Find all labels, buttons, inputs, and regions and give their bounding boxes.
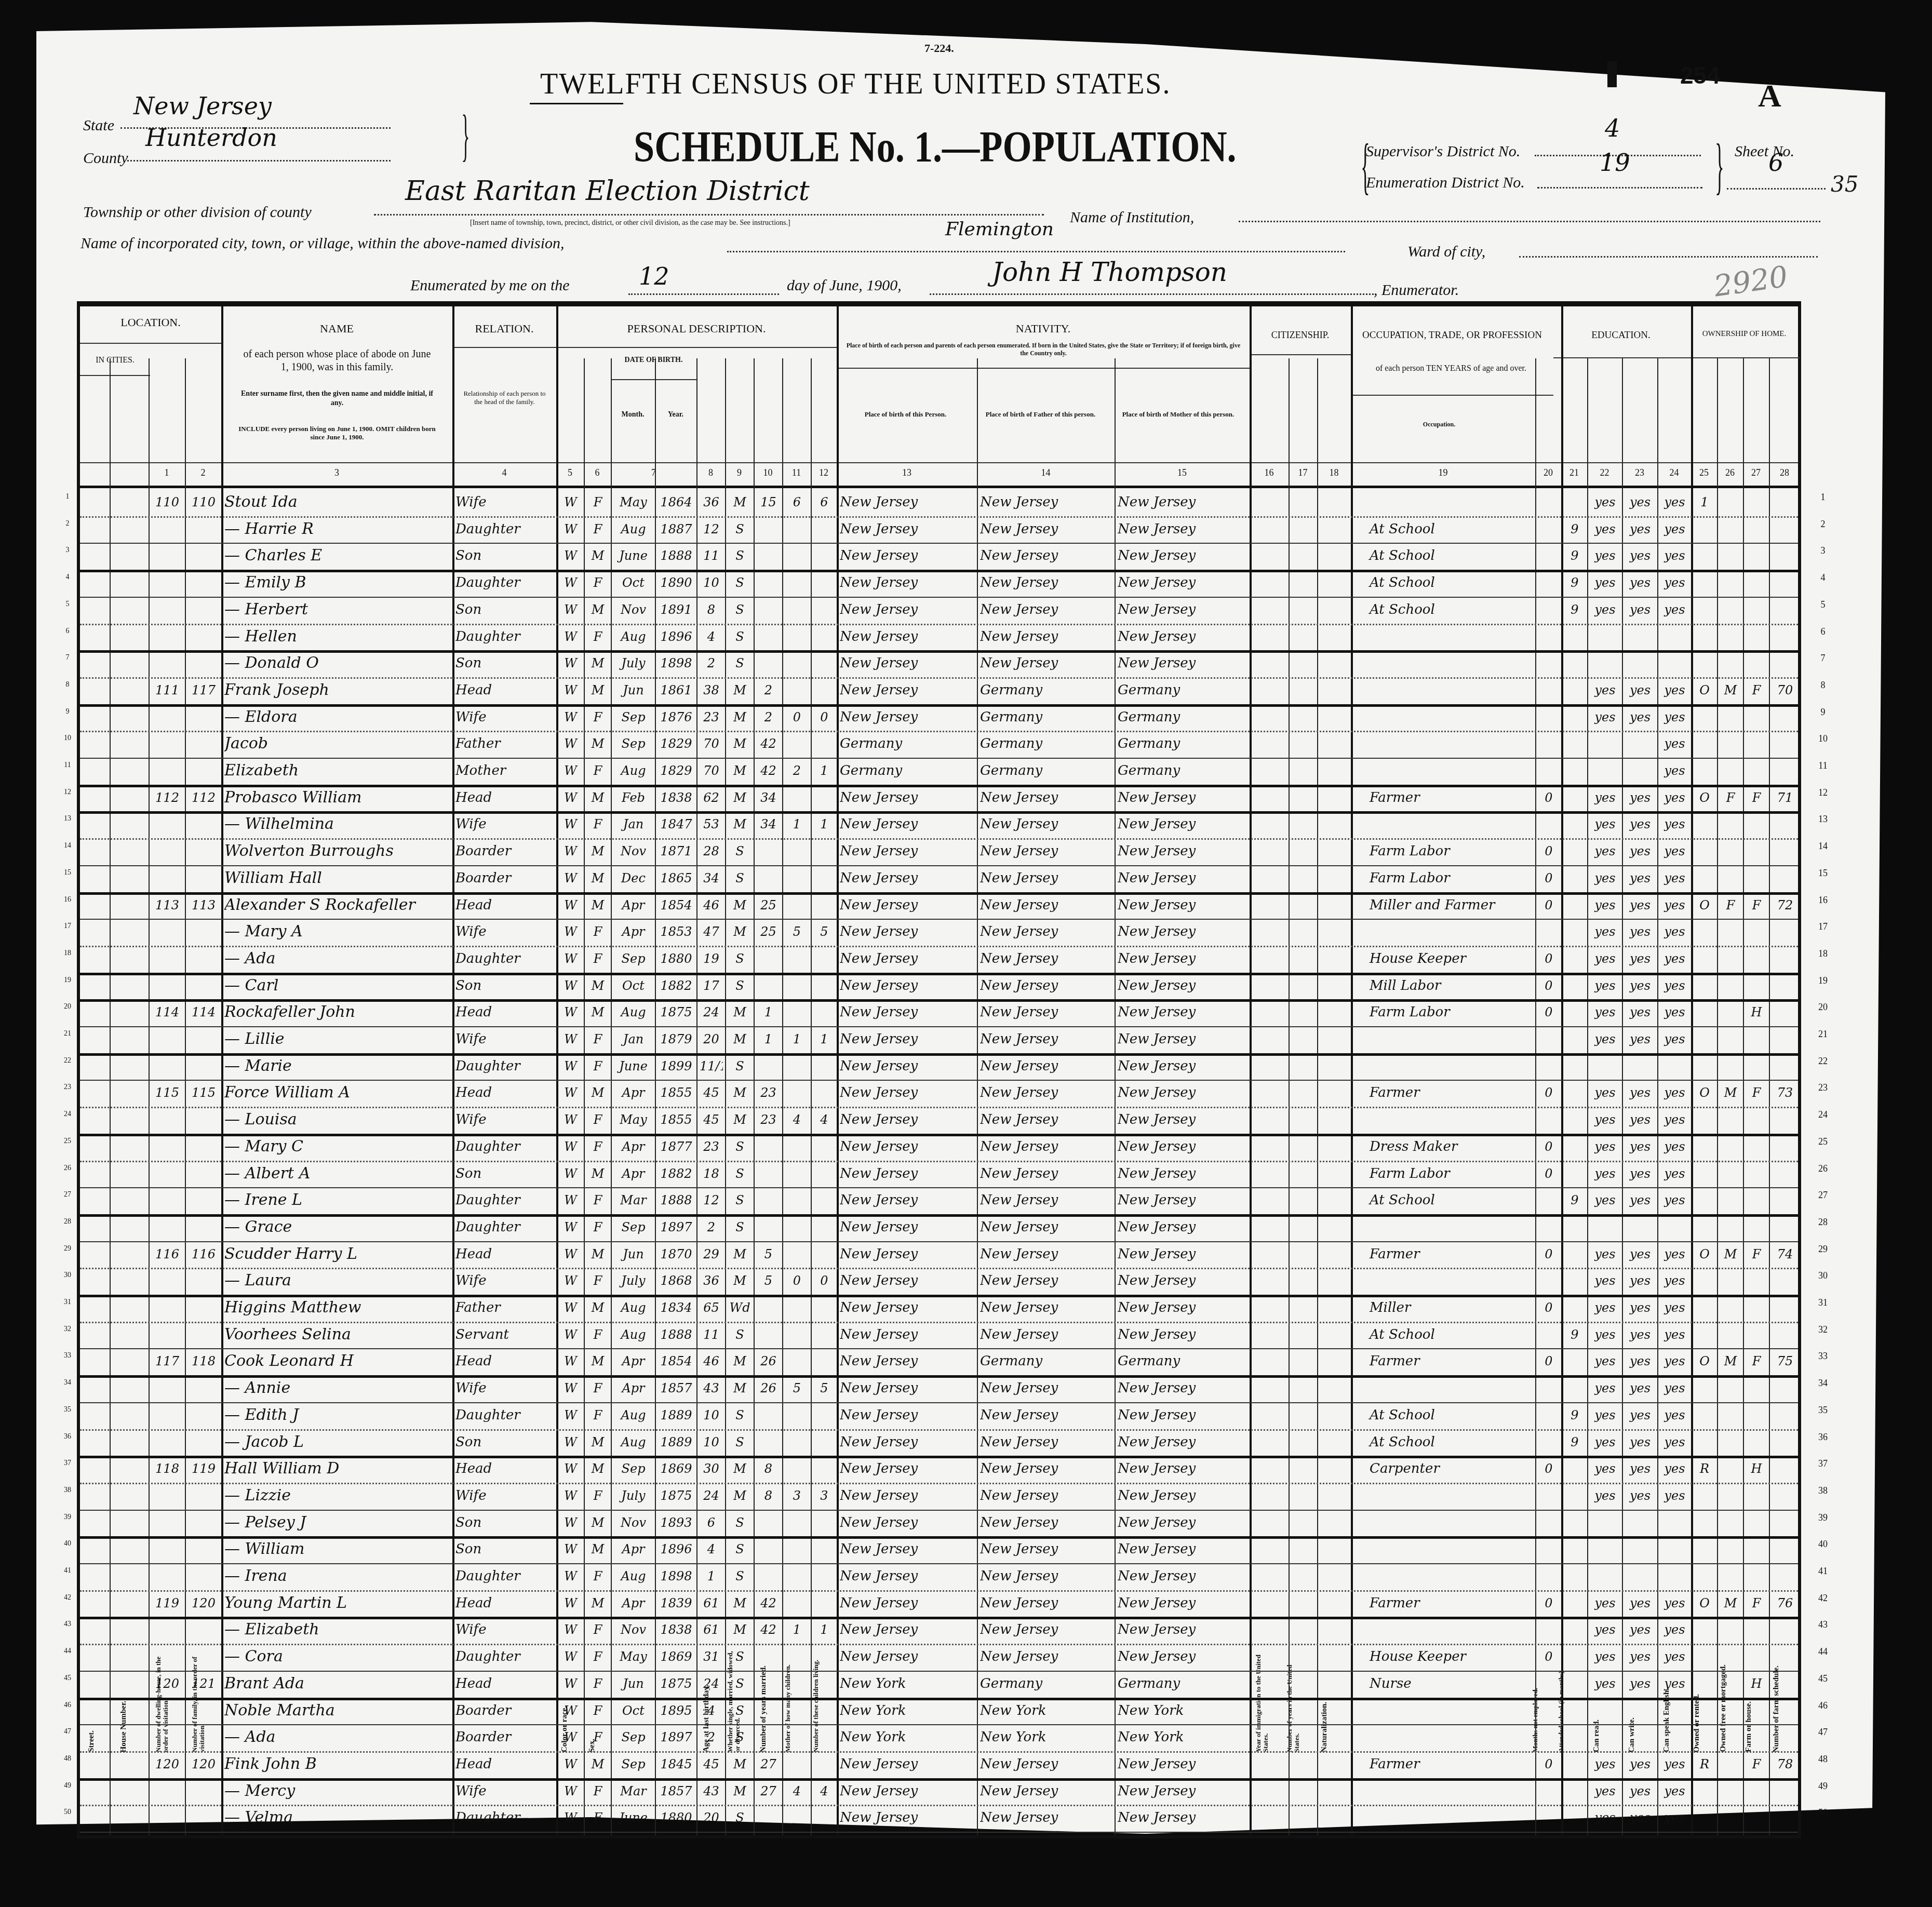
- cell-name: — Ada: [224, 946, 450, 972]
- name-header: NAME: [221, 322, 452, 335]
- cell-occ: Miller and Farmer: [1354, 892, 1549, 918]
- cell-bm: New Jersey: [1118, 1080, 1247, 1106]
- cell-liv: [814, 1805, 835, 1831]
- cell-mo: 5: [785, 1375, 809, 1401]
- cell-occ: Carpenter: [1354, 1456, 1549, 1482]
- cell-year: 1876: [658, 704, 694, 730]
- table-row[interactable]: ElizabethMotherWFAug182970M4221GermanyGe…: [80, 758, 1800, 785]
- table-row[interactable]: 113113Alexander S RockafellerHeadWMApr18…: [80, 892, 1800, 919]
- cell-bf: New Jersey: [980, 1322, 1112, 1348]
- cell-mar: M: [728, 999, 752, 1025]
- cell-bp: New Jersey: [840, 865, 975, 891]
- cell-mne: [1538, 1778, 1559, 1804]
- county-value: Hunterdon: [145, 124, 277, 152]
- ward-field[interactable]: [1519, 235, 1818, 258]
- row-divider: [80, 1832, 1798, 1833]
- cell-farm: [1746, 838, 1767, 864]
- table-row[interactable]: 115115Force William AHeadWMApr185545M23N…: [80, 1080, 1800, 1107]
- table-row[interactable]: — AnnieWifeWFApr185743M2655New JerseyNew…: [80, 1375, 1800, 1402]
- cell-year: 1879: [658, 1026, 694, 1052]
- cell-sex: M: [587, 597, 609, 623]
- cell-occ: [1354, 1214, 1549, 1240]
- cell-name: — Donald O: [224, 650, 450, 676]
- cell-own: [1694, 704, 1715, 730]
- cell-att: [1564, 650, 1585, 676]
- cell-fam: [188, 1778, 219, 1804]
- table-row[interactable]: — ElizabethWifeWFNov183861M4211New Jerse…: [80, 1617, 1800, 1644]
- table-row[interactable]: 120121Brant AdaHeadWFJun187524SNew YorkG…: [80, 1671, 1800, 1698]
- table-row[interactable]: — LizzieWifeWFJuly187524M833New JerseyNe…: [80, 1483, 1800, 1510]
- cell-farm: [1746, 516, 1767, 542]
- cell-mar: S: [728, 543, 752, 569]
- table-row[interactable]: 116116Scudder Harry LHeadWMJun187029M5Ne…: [80, 1241, 1800, 1268]
- cell-mar: S: [728, 570, 752, 596]
- enumeration-district-label: Enumeration District No.: [1366, 174, 1525, 192]
- cell-occ: Farmer: [1354, 1590, 1549, 1616]
- city-field[interactable]: Flemington: [727, 230, 1345, 252]
- cell-liv: [814, 865, 835, 891]
- cell-sch: [1772, 1295, 1798, 1321]
- cell-bf: New York: [980, 1698, 1112, 1724]
- row-number: 31: [57, 1290, 78, 1315]
- cell-farm: [1746, 919, 1767, 945]
- cell-ym: [757, 597, 780, 623]
- birth-person-header: Place of birth of this Person.: [842, 410, 969, 419]
- cell-own: [1694, 731, 1715, 757]
- table-row[interactable]: — AdaBoarderWFSep18972SNew YorkNew YorkN…: [80, 1724, 1800, 1751]
- year-header: Year.: [655, 410, 696, 420]
- header-bottom-rule: [80, 462, 1798, 463]
- table-row[interactable]: 111117Frank JosephHeadWMJun186138M2New J…: [80, 677, 1800, 704]
- table-row[interactable]: — Irene LDaughterWFMar188812SNew JerseyN…: [80, 1187, 1800, 1214]
- cell-mo: [785, 1348, 809, 1374]
- cell-color: W: [559, 570, 582, 596]
- cell-fam: [188, 704, 219, 730]
- cell-rel: Son: [455, 543, 554, 569]
- column-number: 18: [1317, 467, 1351, 478]
- table-row[interactable]: — Jacob LSonWMAug188910SNew JerseyNew Je…: [80, 1429, 1800, 1456]
- cell-mar: S: [728, 597, 752, 623]
- cell-month: Nov: [614, 1510, 653, 1536]
- cell-color: W: [559, 1322, 582, 1348]
- table-row[interactable]: 117118Cook Leonard HHeadWMApr185446M26Ne…: [80, 1348, 1800, 1375]
- table-row[interactable]: 120120Fink John BHeadWMSep184545M27New J…: [80, 1751, 1800, 1778]
- cell-year: 1855: [658, 1080, 694, 1106]
- cell-liv: [814, 838, 835, 864]
- cell-occ: [1354, 1268, 1549, 1294]
- cell-bf: New Jersey: [980, 516, 1112, 542]
- enumeration-district-field[interactable]: 19: [1537, 166, 1702, 189]
- cell-fam: 115: [188, 1080, 219, 1106]
- cell-en: yes: [1660, 1161, 1689, 1187]
- table-row[interactable]: — LouisaWifeWFMay185545M2344New JerseyNe…: [80, 1107, 1800, 1134]
- cell-wr: yes: [1625, 1805, 1655, 1831]
- cell-mar: S: [728, 865, 752, 891]
- table-row[interactable]: — Charles ESonWMJune188811SNew JerseyNew…: [80, 543, 1800, 570]
- cell-sex: F: [587, 1134, 609, 1160]
- cell-att: [1564, 1805, 1585, 1831]
- table-row[interactable]: — VelmaDaughterWFJune188020SNew JerseyNe…: [80, 1805, 1800, 1832]
- cell-year: 1888: [658, 543, 694, 569]
- cell-farm: [1746, 1563, 1767, 1589]
- cell-farm: [1746, 1483, 1767, 1509]
- enumerator-field[interactable]: John H Thompson: [930, 273, 1374, 295]
- cell-free: [1720, 543, 1741, 569]
- cell-month: Jun: [614, 1241, 653, 1267]
- table-row[interactable]: Wolverton BurroughsBoarderWMNov187128SNe…: [80, 838, 1800, 865]
- cell-sex: F: [587, 704, 609, 730]
- cell-bp: New Jersey: [840, 650, 975, 676]
- cell-en: yes: [1660, 1644, 1689, 1670]
- cell-sex: F: [587, 811, 609, 837]
- cell-year: 1875: [658, 1483, 694, 1509]
- cell-sex: M: [587, 838, 609, 864]
- cell-mne: [1538, 1429, 1559, 1455]
- row-number: 38: [1813, 1478, 1833, 1503]
- township-field[interactable]: East Raritan Election District: [374, 193, 1044, 216]
- cell-color: W: [559, 1429, 582, 1455]
- column-number: 17: [1289, 467, 1317, 478]
- table-row[interactable]: Higgins MatthewFatherWMAug183465WdNew Je…: [80, 1295, 1800, 1322]
- cell-wr: yes: [1625, 946, 1655, 972]
- cell-month: Oct: [614, 973, 653, 999]
- cell-age: 28: [700, 838, 723, 864]
- cell-name: — Albert A: [224, 1161, 450, 1187]
- cell-bm: New Jersey: [1118, 946, 1247, 972]
- enumerated-label: Enumerated by me on the: [410, 277, 570, 294]
- table-row[interactable]: — Mary CDaughterWFApr187723SNew JerseyNe…: [80, 1134, 1800, 1161]
- cell-occ: [1354, 1563, 1549, 1589]
- cell-wr: yes: [1625, 489, 1655, 515]
- cell-wr: yes: [1625, 892, 1655, 918]
- cell-bf: New Jersey: [980, 1214, 1112, 1240]
- cell-mar: M: [728, 892, 752, 918]
- day-value: 12: [639, 262, 669, 290]
- cell-month: Jun: [614, 1671, 653, 1697]
- cell-age: 12: [700, 1187, 723, 1213]
- cell-wr: yes: [1625, 1402, 1655, 1428]
- name-description: of each person whose place of abode on J…: [241, 348, 433, 374]
- cell-dw: 117: [152, 1348, 183, 1374]
- cell-en: yes: [1660, 758, 1689, 784]
- cell-rd: yes: [1590, 570, 1620, 596]
- cell-bm: New Jersey: [1118, 1483, 1247, 1509]
- table-row[interactable]: 118119Hall William DHeadWMSep186930M8New…: [80, 1456, 1800, 1483]
- column-number: 2: [185, 467, 221, 478]
- cell-liv: [814, 892, 835, 918]
- cell-farm: [1746, 1778, 1767, 1804]
- row-number: 1: [1813, 484, 1833, 510]
- cell-fam: [188, 1805, 219, 1831]
- table-row[interactable]: — Albert ASonWMApr188218SNew JerseyNew J…: [80, 1161, 1800, 1188]
- cell-mar: M: [728, 1751, 752, 1777]
- row-number: 20: [57, 994, 78, 1020]
- cell-farm: H: [1746, 999, 1767, 1025]
- cell-mo: [785, 1510, 809, 1536]
- cell-free: [1720, 1617, 1741, 1643]
- cell-fam: 114: [188, 999, 219, 1025]
- cell-bm: New Jersey: [1118, 1322, 1247, 1348]
- cell-occ: [1354, 1107, 1549, 1133]
- cell-rd: yes: [1590, 1107, 1620, 1133]
- cell-color: W: [559, 1483, 582, 1509]
- cell-sch: [1772, 1187, 1798, 1213]
- table-row[interactable]: — Mary AWifeWFApr185347M2555New JerseyNe…: [80, 919, 1800, 946]
- row-number: 22: [57, 1048, 78, 1074]
- cell-dw: [152, 946, 183, 972]
- cell-color: W: [559, 1161, 582, 1187]
- cell-month: Nov: [614, 1617, 653, 1643]
- cell-bp: New Jersey: [840, 1214, 975, 1240]
- cell-att: 9: [1564, 570, 1585, 596]
- cell-mne: [1538, 570, 1559, 596]
- table-row[interactable]: 119120Young Martin LHeadWMApr183961M42Ne…: [80, 1590, 1800, 1617]
- cell-liv: [814, 543, 835, 569]
- cell-liv: [814, 597, 835, 623]
- cell-rel: Father: [455, 731, 554, 757]
- cell-bf: New Jersey: [980, 785, 1112, 811]
- cell-mar: S: [728, 624, 752, 650]
- institution-field[interactable]: [1239, 200, 1820, 222]
- row-number: 39: [57, 1505, 78, 1530]
- cell-liv: 1: [814, 1026, 835, 1052]
- cell-age: 2: [700, 1214, 723, 1240]
- cell-fam: [188, 838, 219, 864]
- table-row[interactable]: — WilhelminaWifeWFJan184753M3411New Jers…: [80, 811, 1800, 838]
- cell-free: [1720, 489, 1741, 515]
- cell-own: [1694, 1724, 1715, 1750]
- cell-age: 4: [700, 1698, 723, 1724]
- cell-mar: M: [728, 1026, 752, 1052]
- row-number: 31: [1813, 1290, 1833, 1315]
- cell-free: [1720, 1724, 1741, 1750]
- cell-sex: F: [587, 1644, 609, 1670]
- cell-ym: 15: [757, 489, 780, 515]
- row-number: 40: [57, 1531, 78, 1557]
- cell-bf: New Jersey: [980, 1107, 1112, 1133]
- cell-sex: F: [587, 1671, 609, 1697]
- cell-bp: New Jersey: [840, 1348, 975, 1374]
- cell-year: 1896: [658, 624, 694, 650]
- cell-dw: [152, 1510, 183, 1536]
- cell-bm: New Jersey: [1118, 973, 1247, 999]
- cell-own: [1694, 1671, 1715, 1697]
- table-row[interactable]: — HerbertSonWMNov18918SNew JerseyNew Jer…: [80, 597, 1800, 624]
- cell-occ: Farm Labor: [1354, 1161, 1549, 1187]
- county-field[interactable]: Hunterdon: [127, 139, 391, 162]
- cell-farm: F: [1746, 1348, 1767, 1374]
- cell-color: W: [559, 543, 582, 569]
- cell-liv: [814, 1187, 835, 1213]
- cell-age: 11: [700, 1322, 723, 1348]
- cell-farm: F: [1746, 677, 1767, 703]
- cell-sch: [1772, 624, 1798, 650]
- cell-year: 1838: [658, 1617, 694, 1643]
- cell-farm: [1746, 543, 1767, 569]
- cell-sex: F: [587, 516, 609, 542]
- cell-own: [1694, 999, 1715, 1025]
- cell-mne: [1538, 1563, 1559, 1589]
- cell-year: 1870: [658, 1241, 694, 1267]
- cell-bm: New Jersey: [1118, 1107, 1247, 1133]
- cell-mo: [785, 892, 809, 918]
- cell-ym: [757, 1134, 780, 1160]
- cell-year: 1845: [658, 1751, 694, 1777]
- cell-farm: [1746, 570, 1767, 596]
- cell-dw: 114: [152, 999, 183, 1025]
- cell-mne: 0: [1538, 892, 1559, 918]
- cell-bf: New Jersey: [980, 1187, 1112, 1213]
- cell-rel: Head: [455, 1671, 554, 1697]
- nativity-header: NATIVITY.: [837, 322, 1250, 335]
- date-of-birth-header: DATE OF BIRTH.: [611, 356, 696, 365]
- cell-color: W: [559, 973, 582, 999]
- cell-color: W: [559, 999, 582, 1025]
- cell-year: 1891: [658, 597, 694, 623]
- table-row[interactable]: — HellenDaughterWFAug18964SNew JerseyNew…: [80, 624, 1800, 651]
- cell-occ: [1354, 704, 1549, 730]
- cell-dw: [152, 811, 183, 837]
- cell-bp: New Jersey: [840, 973, 975, 999]
- cell-free: [1720, 946, 1741, 972]
- table-row[interactable]: — CoraDaughterWFMay186931SNew JerseyNew …: [80, 1644, 1800, 1671]
- table-row[interactable]: — EldoraWifeWFSep187623M200New JerseyGer…: [80, 704, 1800, 731]
- cell-occ: At School: [1354, 597, 1549, 623]
- table-row[interactable]: — LauraWifeWFJuly186836M500New JerseyNew…: [80, 1268, 1800, 1295]
- cell-month: Aug: [614, 1295, 653, 1321]
- table-row[interactable]: 112112Probasco WilliamHeadWMFeb183862M34…: [80, 785, 1800, 812]
- cell-fam: [188, 1429, 219, 1455]
- cell-att: 9: [1564, 1429, 1585, 1455]
- cell-own: [1694, 1268, 1715, 1294]
- cell-en: yes: [1660, 570, 1689, 596]
- cell-farm: [1746, 1536, 1767, 1562]
- table-row[interactable]: — CarlSonWMOct188217SNew JerseyNew Jerse…: [80, 973, 1800, 1000]
- cell-liv: [814, 1080, 835, 1106]
- cell-bf: New Jersey: [980, 1536, 1112, 1562]
- cell-att: [1564, 1536, 1585, 1562]
- cell-mne: [1538, 811, 1559, 837]
- cell-age: 10: [700, 1429, 723, 1455]
- cell-color: W: [559, 1268, 582, 1294]
- table-row[interactable]: — MarieDaughterWFJune189911/12SNew Jerse…: [80, 1053, 1800, 1080]
- cell-dw: [152, 1778, 183, 1804]
- cell-name: — Harrie R: [224, 516, 450, 542]
- cell-farm: [1746, 1187, 1767, 1213]
- row-number: 15: [57, 860, 78, 886]
- day-field[interactable]: 12: [628, 273, 779, 295]
- table-row[interactable]: — AdaDaughterWFSep188019SNew JerseyNew J…: [80, 946, 1800, 973]
- table-row[interactable]: — WilliamSonWMApr18964SNew JerseyNew Jer…: [80, 1536, 1800, 1563]
- cell-sex: M: [587, 892, 609, 918]
- cell-month: Apr: [614, 1375, 653, 1401]
- table-row[interactable]: — Pelsey JSonWMNov18936SNew JerseyNew Je…: [80, 1510, 1800, 1537]
- cell-en: yes: [1660, 999, 1689, 1025]
- cell-att: [1564, 1348, 1585, 1374]
- cell-color: W: [559, 1698, 582, 1724]
- cell-farm: [1746, 624, 1767, 650]
- table-row[interactable]: — Harrie RDaughterWFAug188712SNew Jersey…: [80, 516, 1800, 543]
- table-row[interactable]: — MercyWifeWFMar185743M2744New JerseyNew…: [80, 1778, 1800, 1805]
- cell-liv: 5: [814, 919, 835, 945]
- cell-bf: New Jersey: [980, 1295, 1112, 1321]
- cell-free: M: [1720, 677, 1741, 703]
- table-row[interactable]: — LillieWifeWFJan187920M111New JerseyNew…: [80, 1026, 1800, 1053]
- cell-liv: [814, 1402, 835, 1428]
- cell-bp: New Jersey: [840, 785, 975, 811]
- cell-fam: [188, 919, 219, 945]
- cell-wr: [1625, 1510, 1655, 1536]
- cell-ym: [757, 624, 780, 650]
- cell-att: [1564, 731, 1585, 757]
- cell-ym: 23: [757, 1080, 780, 1106]
- cell-rd: yes: [1590, 785, 1620, 811]
- table-row[interactable]: William HallBoarderWMDec186534SNew Jerse…: [80, 865, 1800, 892]
- cell-wr: yes: [1625, 1375, 1655, 1401]
- cell-mne: [1538, 1698, 1559, 1724]
- table-row[interactable]: — IrenaDaughterWFAug18981SNew JerseyNew …: [80, 1563, 1800, 1590]
- table-row[interactable]: 114114Rockafeller JohnHeadWMAug187524M1N…: [80, 999, 1800, 1026]
- cell-bf: New Jersey: [980, 919, 1112, 945]
- cell-bf: New Jersey: [980, 1053, 1112, 1079]
- cell-bm: New Jersey: [1118, 999, 1247, 1025]
- cell-color: W: [559, 1107, 582, 1133]
- cell-age: 46: [700, 1348, 723, 1374]
- cell-en: yes: [1660, 1429, 1689, 1455]
- table-row[interactable]: — Donald OSonWMJuly18982SNew JerseyNew J…: [80, 650, 1800, 677]
- cell-bf: New Jersey: [980, 624, 1112, 650]
- cell-wr: yes: [1625, 785, 1655, 811]
- table-row[interactable]: Voorhees SelinaServantWFAug188811SNew Je…: [80, 1322, 1800, 1349]
- table-row[interactable]: — Emily BDaughterWFOct189010SNew JerseyN…: [80, 570, 1800, 597]
- cell-mar: S: [728, 1698, 752, 1724]
- table-row[interactable]: Noble MarthaBoarderWFOct18954SNew YorkNe…: [80, 1698, 1800, 1725]
- table-row[interactable]: 110110Stout IdaWifeWFMay186436M1566New J…: [80, 489, 1800, 516]
- cell-color: W: [559, 1080, 582, 1106]
- cell-mne: [1538, 1053, 1559, 1079]
- cell-sch: [1772, 1161, 1798, 1187]
- cell-color: W: [559, 677, 582, 703]
- citizenship-rule: [1250, 354, 1351, 355]
- cell-occ: Farm Labor: [1354, 865, 1549, 891]
- cell-free: [1720, 1134, 1741, 1160]
- cell-liv: [814, 1590, 835, 1616]
- cell-color: W: [559, 1671, 582, 1697]
- cell-liv: [814, 946, 835, 972]
- cell-bm: New Jersey: [1118, 892, 1247, 918]
- cell-dw: [152, 543, 183, 569]
- cell-year: 1857: [658, 1778, 694, 1804]
- cell-sex: M: [587, 1241, 609, 1267]
- sheet-field[interactable]: 6: [1727, 167, 1826, 190]
- cell-year: 1897: [658, 1724, 694, 1750]
- cell-mar: S: [728, 516, 752, 542]
- cell-free: M: [1720, 1080, 1741, 1106]
- cell-att: [1564, 1080, 1585, 1106]
- township-note: [Insert name of township, town, precinct…: [470, 219, 790, 227]
- cell-att: [1564, 1510, 1585, 1536]
- table-row[interactable]: JacobFatherWMSep182970M42GermanyGermanyG…: [80, 731, 1800, 758]
- cell-rel: Head: [455, 1241, 554, 1267]
- table-row[interactable]: — GraceDaughterWFSep18972SNew JerseyNew …: [80, 1214, 1800, 1241]
- table-row[interactable]: — Edith JDaughterWFAug188910SNew JerseyN…: [80, 1402, 1800, 1429]
- cell-own: [1694, 1644, 1715, 1670]
- cell-sex: F: [587, 946, 609, 972]
- location-header: LOCATION.: [80, 316, 221, 329]
- row-number: 32: [57, 1317, 78, 1342]
- row-number: 15: [1813, 860, 1833, 886]
- cell-color: W: [559, 811, 582, 837]
